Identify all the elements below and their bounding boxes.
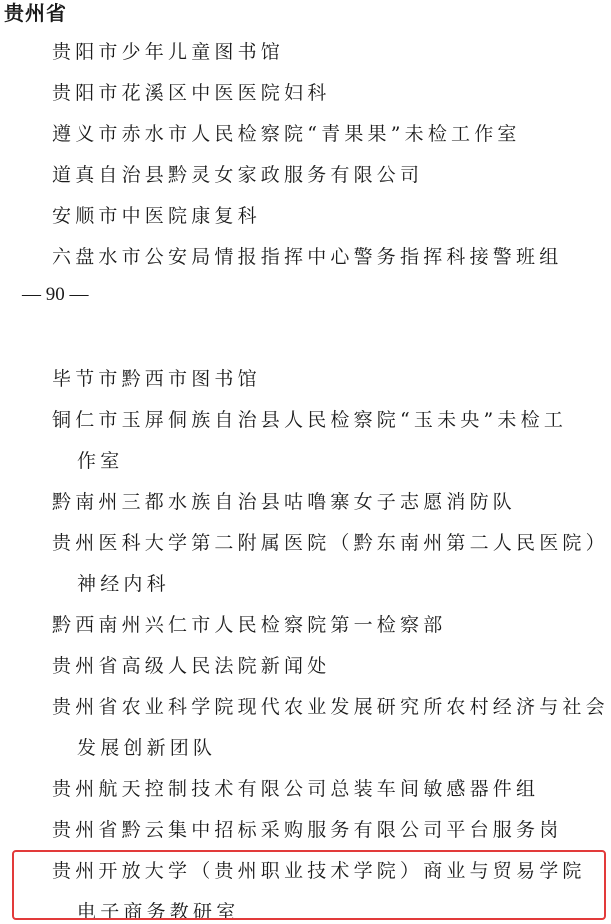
list-item: 遵义市赤水市人民检察院“青果果”未检工作室: [52, 122, 521, 146]
list-item: 贵州省高级人民法院新闻处: [52, 654, 330, 678]
section-title: 贵州省: [4, 0, 67, 26]
list-item: 贵州省黔云集中招标采购服务有限公司平台服务岗: [52, 818, 562, 842]
list-item: 毕节市黔西市图书馆: [52, 367, 261, 391]
list-item: 安顺市中医院康复科: [52, 204, 261, 228]
highlight-box: [12, 850, 606, 920]
list-item: 贵阳市花溪区中医医院妇科: [52, 81, 330, 105]
list-item-continuation: 发展创新团队: [77, 736, 216, 760]
list-item: 六盘水市公安局情报指挥中心警务指挥科接警班组: [52, 245, 562, 269]
list-item: 贵州省农业科学院现代农业发展研究所农村经济与社会: [52, 695, 609, 719]
list-item: 贵阳市少年儿童图书馆: [52, 40, 284, 64]
list-item-continuation: 神经内科: [77, 572, 170, 596]
list-item-continuation: 作室: [77, 449, 123, 473]
list-item: 贵州医科大学第二附属医院（黔东南州第二人民医院）: [52, 531, 609, 555]
list-item: 黔西南州兴仁市人民检察院第一检察部: [52, 613, 446, 637]
list-item: 贵州航天控制技术有限公司总装车间敏感器件组: [52, 777, 539, 801]
list-item: 道真自治县黔灵女家政服务有限公司: [52, 163, 423, 187]
list-item: 黔南州三都水族自治县咕噜寨女子志愿消防队: [52, 490, 516, 514]
page-number: — 90 —: [22, 284, 89, 306]
list-item: 铜仁市玉屏侗族自治县人民检察院“玉未央”未检工: [52, 408, 567, 432]
